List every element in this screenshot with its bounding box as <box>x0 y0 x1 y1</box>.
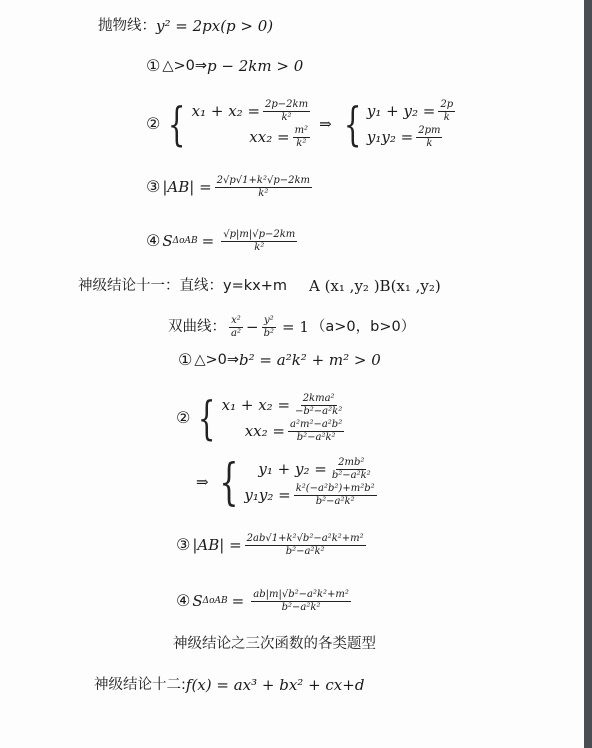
hyperbola-condition: （a>0，b>0） <box>311 317 415 337</box>
parabola-equation: y² = 2px(p > 0) <box>156 16 273 36</box>
item-number: ① <box>146 56 160 76</box>
numerator: y² <box>262 315 276 328</box>
chord-length-lhs: |AB| = <box>162 177 211 197</box>
fraction: 2pk <box>438 99 455 124</box>
discriminant-expr: b² = a²k² + m² > 0 <box>239 350 381 370</box>
implies-arrow: ⇒ <box>319 114 332 134</box>
equals: = <box>202 231 215 251</box>
fraction: m²k² <box>293 125 311 150</box>
denominator: b²−a²k² <box>314 496 357 508</box>
conclusion-11-heading: 神级结论十一：直线：y=kx+m A (x₁ ,y₂ )B(x₁ ,y₂) <box>78 276 441 296</box>
parabola-heading: 抛物线： y² = 2px(p > 0) <box>98 16 273 36</box>
left-brace: { <box>168 114 186 134</box>
numerator: k²(−a²b²)+m²b² <box>294 483 377 496</box>
denominator: a² <box>229 328 243 340</box>
item-number: ② <box>176 408 190 428</box>
denominator: b²−a²k² <box>280 602 323 614</box>
parabola-item-3: ③ |AB| = 2√p√1+k²√p−2kmk² <box>146 172 315 202</box>
eq-lhs: y₁y₂ = <box>244 485 290 505</box>
denominator: b²−a²k² <box>284 546 327 558</box>
fraction: √p|m|√p−2kmk² <box>221 229 297 254</box>
item-number: ④ <box>176 591 190 611</box>
parabola-item-2: ② { x₁ + x₂ = 2p−2kmk² xx₂ = m²k² ⇒ { y₁… <box>146 96 458 152</box>
fraction: 2pmk <box>416 125 442 150</box>
hyperbola-item-3: ③ |AB| = 2ab√1+k²√b²−a²k²+m²b²−a²k² <box>176 530 369 560</box>
hyperbola-heading: 双曲线： x²a² − y²b² = 1 （a>0，b>0） <box>168 312 415 342</box>
vieta-x-system: x₁ + x₂ = 2kma²−b²−a²k² xx₂ = a²m²−a²b²b… <box>222 392 348 444</box>
hyperbola-item-4: ④ SΔoAB = ab|m|√b²−a²k²+m²b²−a²k² <box>176 586 354 616</box>
conclusion-12-label: 神级结论十二: <box>94 675 186 695</box>
numerator: 2p−2km <box>263 99 310 112</box>
denominator: b²−a²k² <box>295 432 338 444</box>
area-symbol: S <box>162 231 172 251</box>
intersection-points: A (x₁ ,y₂ )B(x₁ ,y₂) <box>309 276 441 296</box>
numerator: 2kma² <box>301 393 337 406</box>
fraction: 2mb²b²−a²k² <box>330 457 373 482</box>
section-heading-text: 神级结论之三次函数的各类题型 <box>173 634 376 654</box>
minus: − <box>246 317 259 337</box>
parabola-label: 抛物线： <box>98 16 156 36</box>
denominator: k <box>442 112 452 124</box>
cubic-function-expr: f(x) = ax³ + bx² + cx+d <box>186 675 365 695</box>
numerator: 2p <box>438 99 455 112</box>
fraction: ab|m|√b²−a²k²+m²b²−a²k² <box>251 589 351 614</box>
numerator: 2mb² <box>336 457 366 470</box>
hyperbola-item-1: ① △>0⇒ b² = a²k² + m² > 0 <box>178 350 381 370</box>
denominator: k² <box>280 112 294 124</box>
fraction: x²a² <box>229 315 243 340</box>
hyperbola-item-2-result: ⇒ { y₁ + y₂ = 2mb²b²−a²k² y₁y₂ = k²(−a²b… <box>196 452 380 512</box>
left-brace: { <box>343 114 361 134</box>
item-number: ④ <box>146 231 160 251</box>
fraction: y²b² <box>262 315 276 340</box>
chord-length-lhs: |AB| = <box>192 535 241 555</box>
vieta-y-system: y₁ + y₂ = 2pk y₁y₂ = 2pmk <box>367 98 458 150</box>
eq-lhs: y₁ + y₂ = <box>258 459 326 479</box>
area-symbol: S <box>192 591 202 611</box>
fraction: a²m²−a²b²b²−a²k² <box>288 419 344 444</box>
numerator: a²m²−a²b² <box>288 419 344 432</box>
numerator: x² <box>229 315 243 328</box>
denominator: b²−a²k² <box>330 470 373 482</box>
hyperbola-label: 双曲线： <box>168 317 226 337</box>
equals: = <box>232 591 245 611</box>
conclusion-11-title: 神级结论十一：直线：y=kx+m <box>78 276 287 296</box>
item-number: ① <box>178 350 192 370</box>
conclusion-12: 神级结论十二: f(x) = ax³ + bx² + cx+d <box>94 675 364 695</box>
numerator: m² <box>293 125 311 138</box>
eq-lhs: y₁y₂ = <box>367 127 413 147</box>
numerator: 2ab√1+k²√b²−a²k²+m² <box>245 533 366 546</box>
fraction: 2kma²−b²−a²k² <box>293 393 344 418</box>
fraction: k²(−a²b²)+m²b²b²−a²k² <box>294 483 377 508</box>
eq-lhs: xx₂ = <box>249 127 289 147</box>
eq-lhs: xx₂ = <box>245 421 285 441</box>
discriminant-text: △>0⇒ <box>162 56 207 76</box>
eq-lhs: y₁ + y₂ = <box>367 101 435 121</box>
denominator: k² <box>252 242 266 254</box>
fraction: 2ab√1+k²√b²−a²k²+m²b²−a²k² <box>245 533 366 558</box>
vieta-x-system: x₁ + x₂ = 2p−2kmk² xx₂ = m²k² <box>192 98 313 150</box>
denominator: k² <box>256 188 270 200</box>
numerator: 2pm <box>416 125 442 138</box>
denominator: k² <box>294 138 308 150</box>
discriminant-text: △>0⇒ <box>194 350 239 370</box>
parabola-item-4: ④ SΔoAB = √p|m|√p−2kmk² <box>146 226 300 256</box>
numerator: √p|m|√p−2km <box>221 229 297 242</box>
equation-rhs: = 1 <box>282 317 309 337</box>
document-page: 抛物线： y² = 2px(p > 0) ① △>0⇒ p − 2km > 0 … <box>0 0 584 748</box>
vieta-y-system: y₁ + y₂ = 2mb²b²−a²k² y₁y₂ = k²(−a²b²)+m… <box>244 456 379 508</box>
discriminant-expr: p − 2km > 0 <box>207 56 303 76</box>
fraction: 2√p√1+k²√p−2kmk² <box>215 175 312 200</box>
item-number: ② <box>146 114 160 134</box>
item-number: ③ <box>176 535 190 555</box>
section-heading: 神级结论之三次函数的各类题型 <box>173 634 376 654</box>
item-number: ③ <box>146 177 160 197</box>
numerator: ab|m|√b²−a²k²+m² <box>251 589 351 602</box>
parabola-item-1: ① △>0⇒ p − 2km > 0 <box>146 56 303 76</box>
hyperbola-item-2: ② { x₁ + x₂ = 2kma²−b²−a²k² xx₂ = a²m²−a… <box>176 390 347 446</box>
fraction: 2p−2kmk² <box>263 99 310 124</box>
eq-lhs: x₁ + x₂ = <box>192 101 260 121</box>
left-brace: { <box>198 408 216 428</box>
denominator: −b²−a²k² <box>293 406 344 418</box>
left-brace: { <box>219 472 238 492</box>
denominator: b² <box>262 328 276 340</box>
implies-arrow: ⇒ <box>196 472 209 492</box>
page-edge-shadow <box>584 0 592 748</box>
denominator: k <box>424 138 434 150</box>
numerator: 2√p√1+k²√p−2km <box>215 175 312 188</box>
eq-lhs: x₁ + x₂ = <box>222 395 290 415</box>
